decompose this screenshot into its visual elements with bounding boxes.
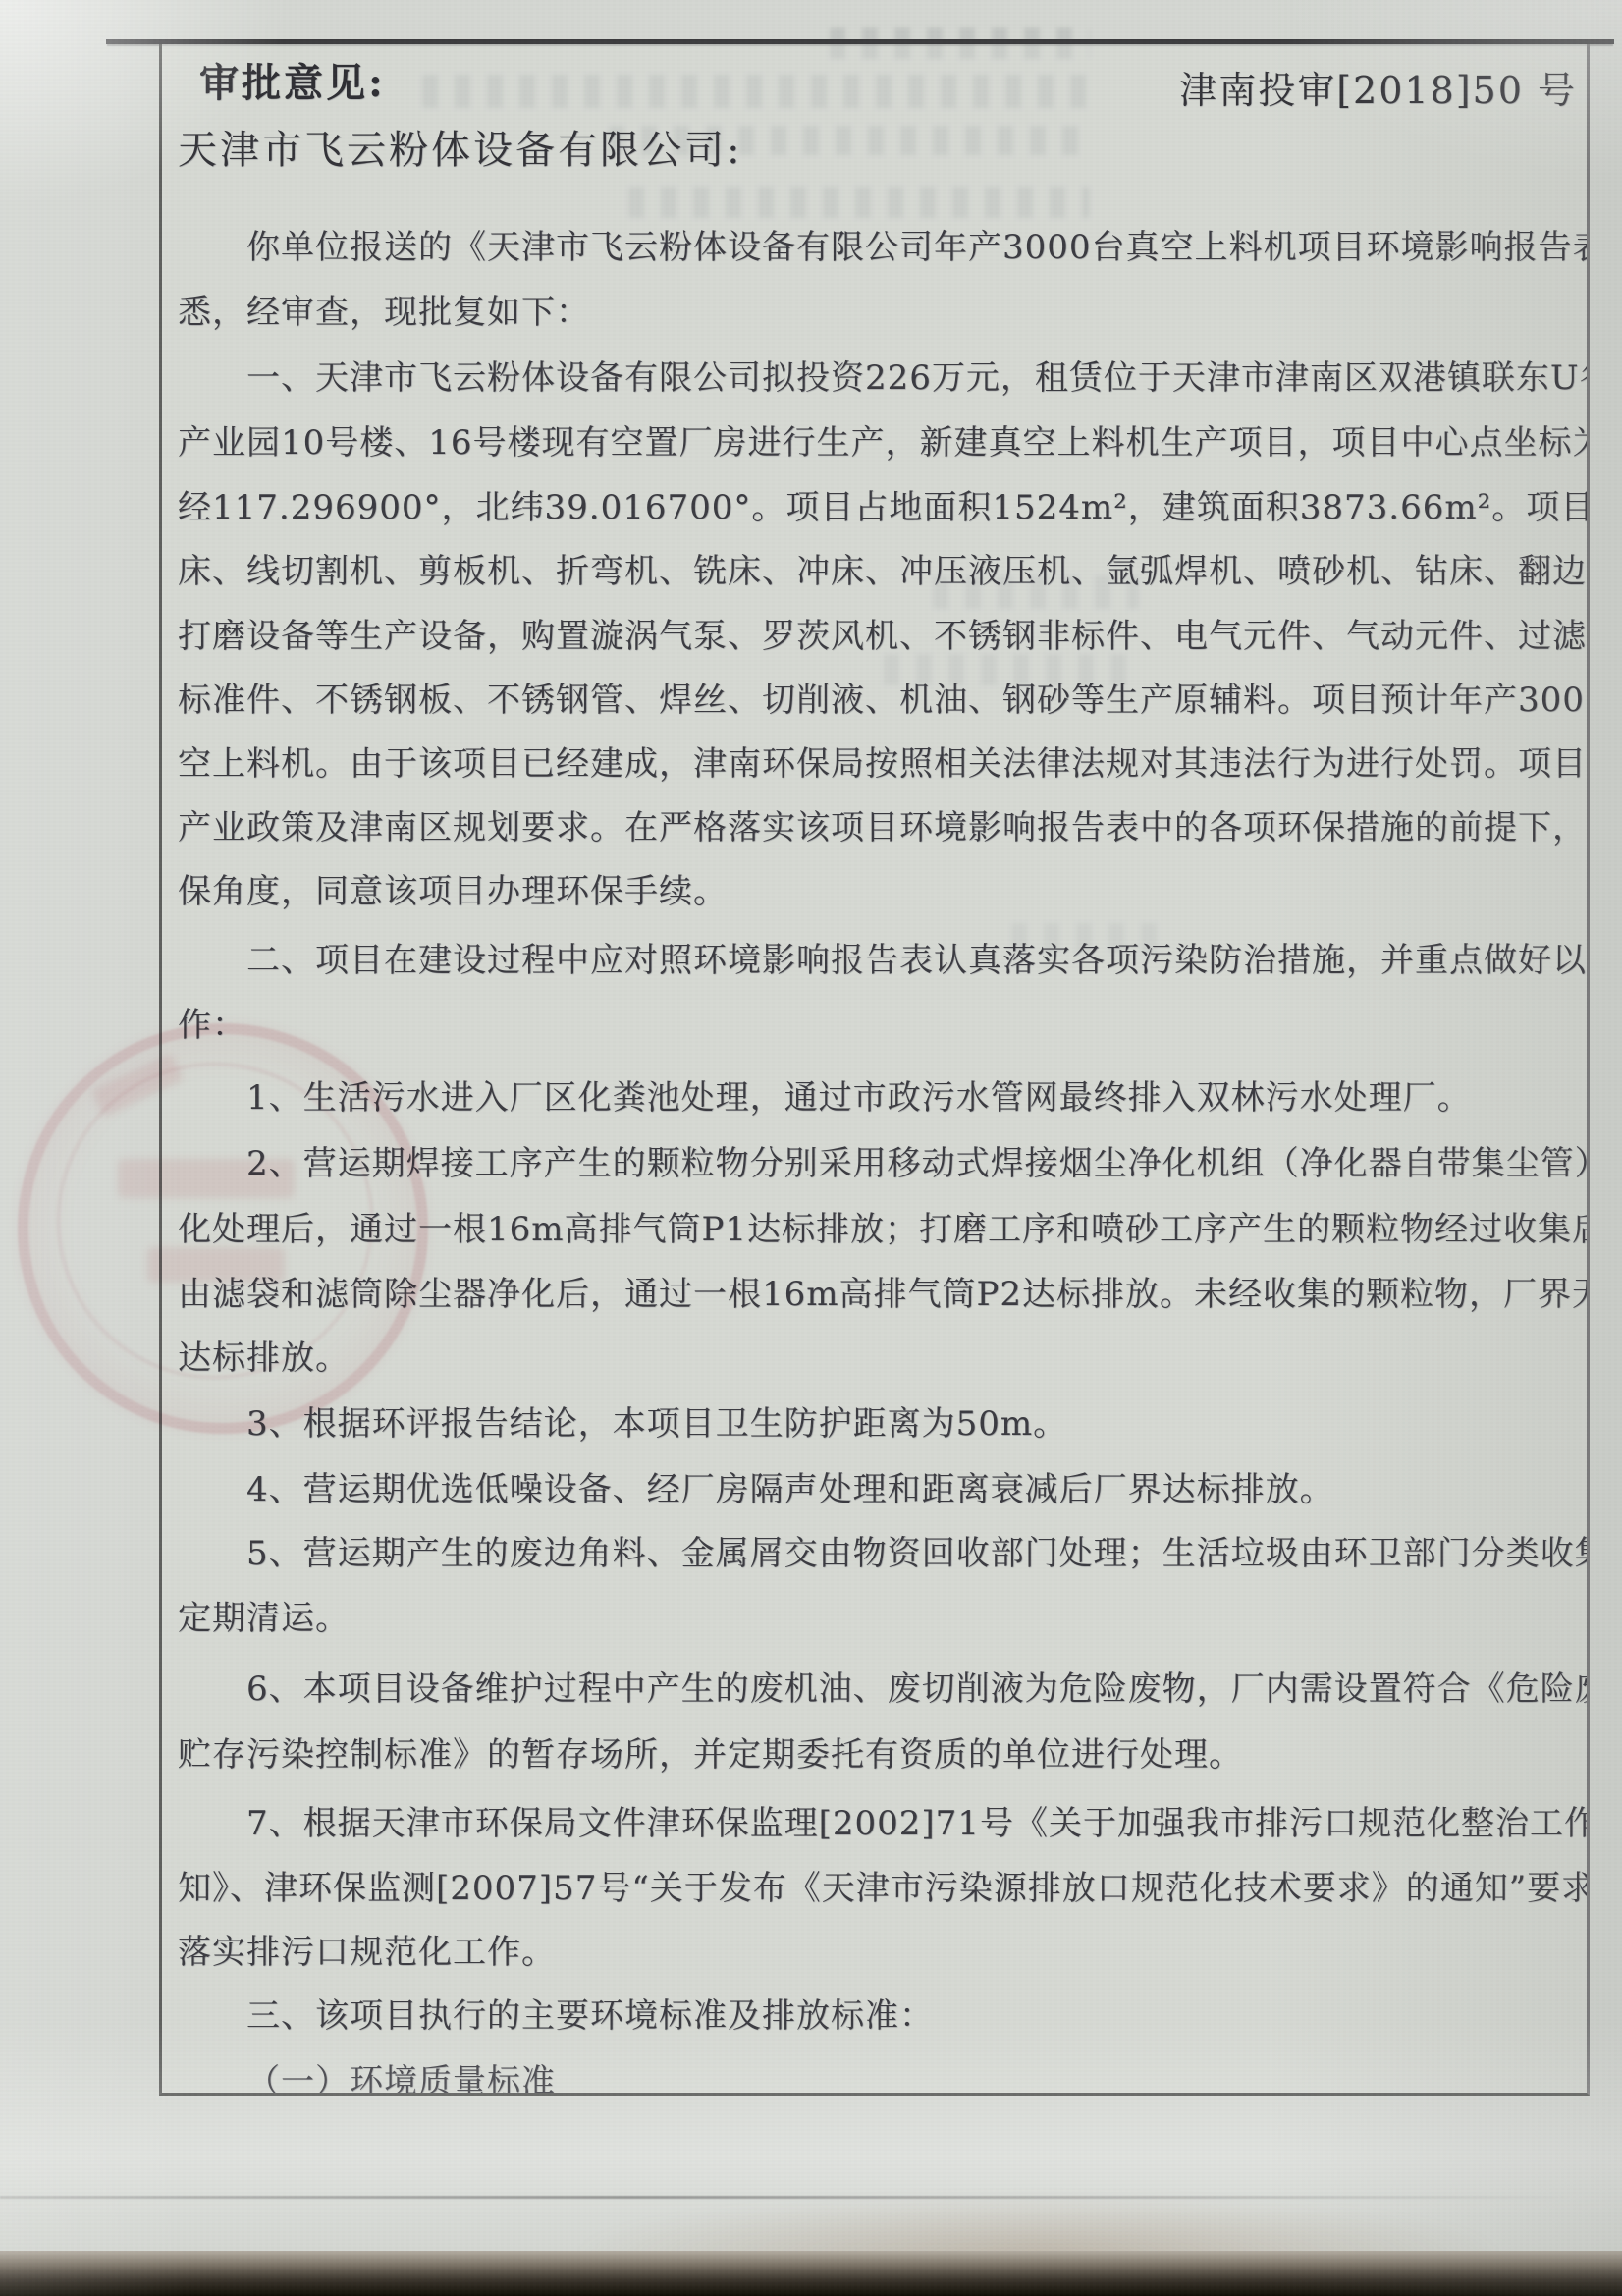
page-fold-line — [0, 2196, 1571, 2199]
doc-line: （一）环境质量标准 — [246, 2054, 556, 2096]
doc-line: 化处理后，通过一根16m高排气筒P1达标排放；打磨工序和喷砂工序产生的颗粒物经过… — [178, 1202, 1590, 1250]
doc-line: 贮存污染控制标准》的暂存场所，并定期委托有资质的单位进行处理。 — [178, 1727, 1243, 1776]
doc-line: 空上料机。由于该项目已经建成，津南环保局按照相关法律法规对其违法行为进行处罚。项… — [178, 737, 1590, 785]
approval-opinion-label: 审批意见: — [199, 52, 386, 108]
doc-line: 定期清运。 — [178, 1591, 350, 1639]
doc-line: 床、线切割机、剪板机、折弯机、铣床、冲床、冲压液压机、氩弧焊机、喷砂机、钻床、翻… — [178, 544, 1590, 592]
doc-line: 落实排污口规范化工作。 — [178, 1925, 556, 1973]
doc-line: 一、天津市飞云粉体设备有限公司拟投资226万元，租赁位于天津市津南区双港镇联东U… — [246, 351, 1590, 399]
doc-line: 知》、津环保监测[2007]57号“关于发布《天津市污染源排放口规范化技术要求》… — [178, 1861, 1590, 1909]
recipient-line: 天津市飞云粉体设备有限公司: — [178, 119, 742, 175]
doc-line: 作： — [178, 998, 246, 1046]
doc-line: 三、该项目执行的主要环境标准及排放标准： — [246, 1989, 934, 2037]
doc-line: 5、营运期产生的废边角料、金属屑交由物资回收部门处理；生活垃圾由环卫部门分类收集… — [246, 1526, 1590, 1574]
doc-line: 悉，经审查，现批复如下： — [178, 285, 590, 333]
doc-line: 你单位报送的《天津市飞云粉体设备有限公司年产3000台真空上料机项目环境影响报告… — [246, 220, 1590, 268]
document-number: 津南投审[2018]50 号 — [1179, 60, 1577, 114]
doc-line: 2、营运期焊接工序产生的颗粒物分别采用移动式焊接烟尘净化机组（净化器自带集尘管）… — [246, 1136, 1590, 1184]
scanned-approval-document: 审批意见: 津南投审[2018]50 号 天津市飞云粉体设备有限公司: 你单位报… — [0, 0, 1622, 2296]
doc-line: 产业园10号楼、16号楼现有空置厂房进行生产，新建真空上料机生产项目，项目中心点… — [178, 415, 1590, 464]
doc-line: 经117.296900°，北纬39.016700°。项目占地面积1524m²，建… — [178, 480, 1590, 528]
scanner-edge-shadow — [0, 2251, 1622, 2296]
doc-line: 标准件、不锈钢板、不锈钢管、焊丝、切削液、机油、钢砂等生产原辅料。项目预计年产3… — [178, 673, 1590, 721]
doc-line: 打磨设备等生产设备，购置漩涡气泵、罗茨风机、不锈钢非标件、电气元件、气动元件、过… — [178, 609, 1590, 657]
doc-line: 达标排放。 — [178, 1331, 350, 1379]
doc-line: 6、本项目设备维护过程中产生的废机油、废切削液为危险废物，厂内需设置符合《危险废… — [246, 1662, 1590, 1710]
doc-line: 7、根据天津市环保局文件津环保监理[2002]71号《关于加强我市排污口规范化整… — [246, 1796, 1590, 1844]
doc-line: 保角度，同意该项目办理环保手续。 — [178, 864, 728, 912]
doc-line: 由滤袋和滤筒除尘器净化后，通过一根16m高排气筒P2达标排放。未经收集的颗粒物，… — [178, 1267, 1590, 1315]
doc-line: 1、生活污水进入厂区化粪池处理，通过市政污水管网最终排入双林污水处理厂。 — [246, 1070, 1472, 1119]
doc-line: 3、根据环评报告结论，本项目卫生防护距离为50m。 — [246, 1396, 1067, 1445]
doc-line: 4、营运期优选低噪设备、经厂房隔声处理和距离衰减后厂界达标排放。 — [246, 1462, 1334, 1510]
document-border-box: 审批意见: 津南投审[2018]50 号 天津市飞云粉体设备有限公司: 你单位报… — [159, 44, 1590, 2096]
doc-line: 二、项目在建设过程中应对照环境影响报告表认真落实各项污染防治措施，并重点做好以下… — [246, 933, 1590, 981]
doc-line: 产业政策及津南区规划要求。在严格落实该项目环境影响报告表中的各项环保措施的前提下… — [178, 800, 1590, 848]
